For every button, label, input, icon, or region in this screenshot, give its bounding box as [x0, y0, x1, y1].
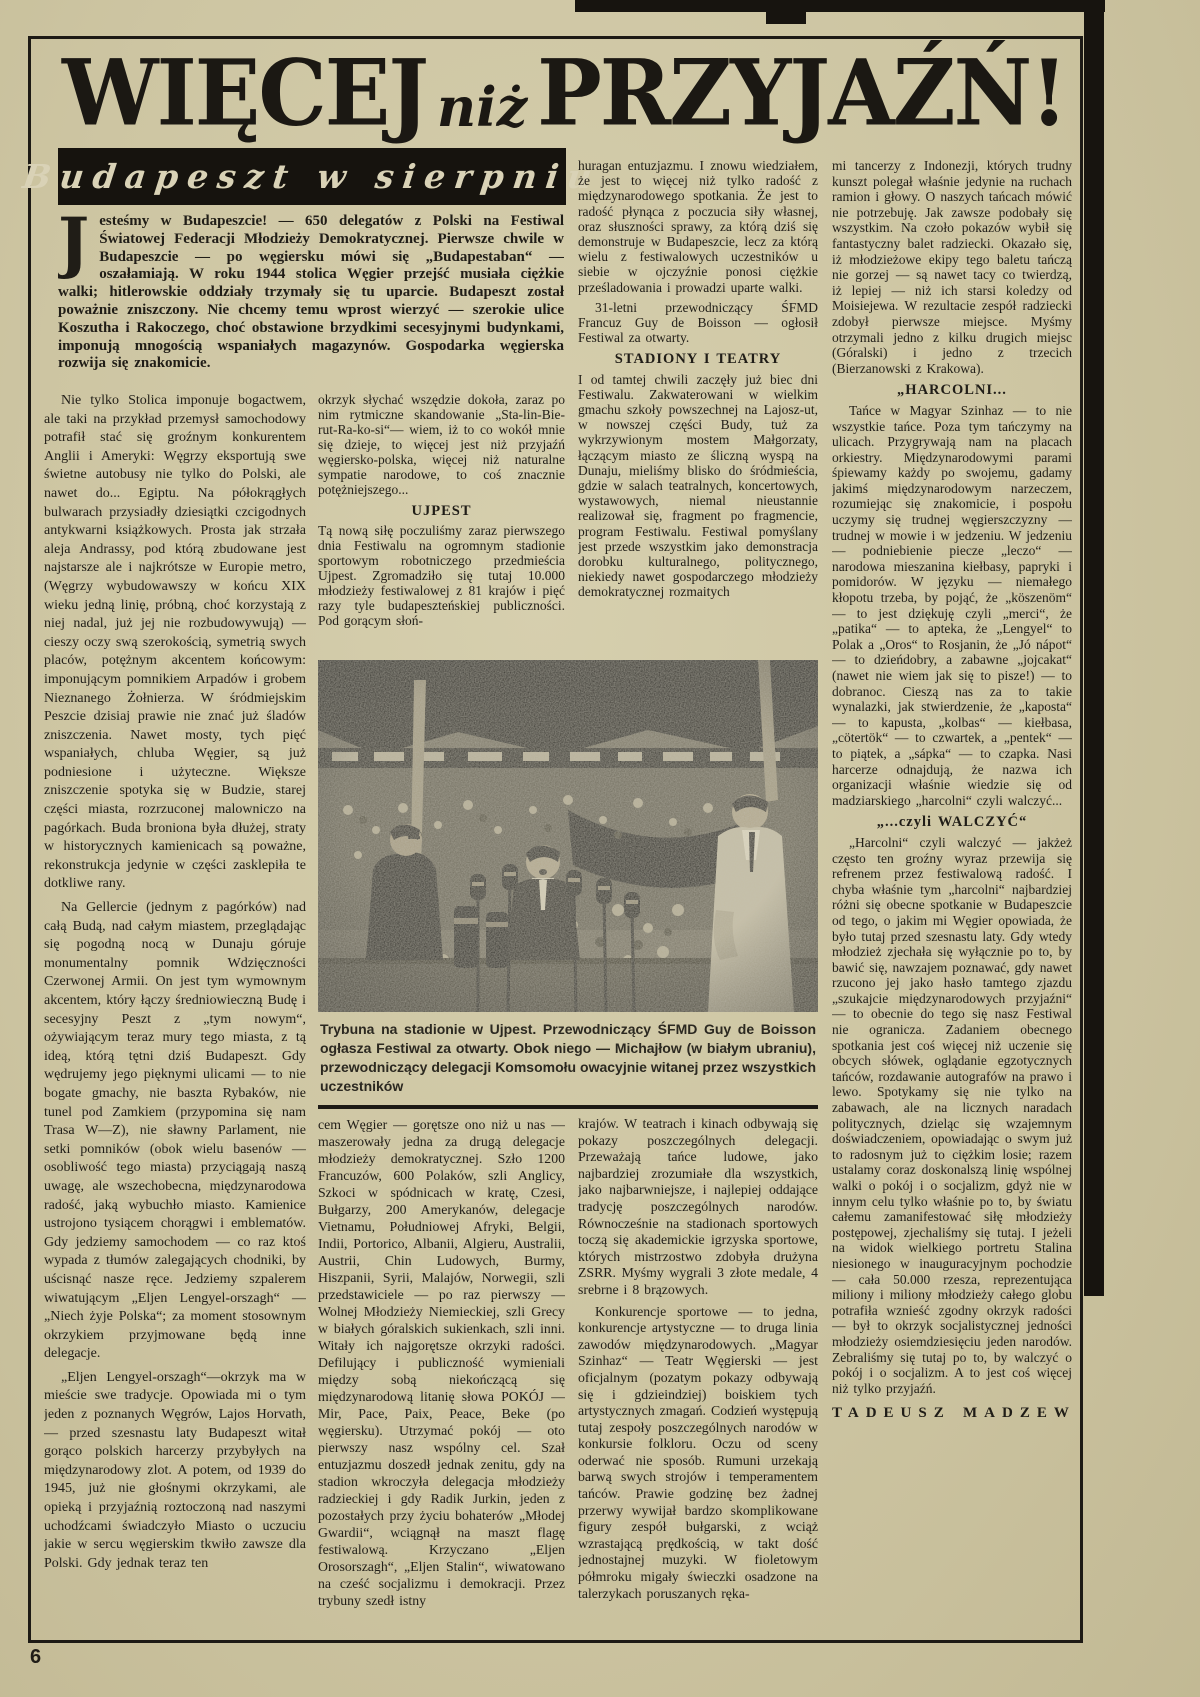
kicker-banner: Budapeszt w sierpniu: [58, 148, 566, 205]
column-2-upper: okrzyk słychać wszędzie dokoła, zaraz po…: [318, 392, 565, 655]
column-2-lower: cem Węgier — gorętsze ono niż u nas — ma…: [318, 1116, 565, 1632]
drop-cap: J: [58, 213, 99, 269]
col2-paragraph-2: Tą nową siłę poczuliśmy zaraz pierwszego…: [318, 523, 565, 628]
column-3-upper: huragan entuzjazmu. I znowu wiedziałem, …: [578, 158, 818, 655]
section-heading-czyli-walczyc: „...czyli WALCZYĆ“: [832, 815, 1072, 831]
kicker-label: Budapeszt w sierpniu: [21, 157, 603, 196]
section-heading-stadiony-i-teatry: STADIONY I TEATRY: [578, 352, 818, 367]
top-edge-ink-strip: [575, 0, 1105, 12]
right-edge-ink-bar: [1084, 8, 1104, 1296]
stadium-photo: [318, 660, 818, 1012]
title-word-niz: niż: [431, 75, 533, 139]
col2-paragraph-1: okrzyk słychać wszędzie dokoła, zaraz po…: [318, 392, 565, 497]
page-number: 6: [30, 1646, 41, 1669]
col3-paragraph-2: 31-letni przewodniczący ŚFMD Francuz Guy…: [578, 300, 818, 346]
author-signature: TADEUSZ MADZEWICZ: [832, 1406, 1072, 1422]
lead-paragraph: Jesteśmy w Budapeszcie! — 650 delegatów …: [58, 213, 564, 389]
column-1: Nie tylko Stolica imponuje bogactwem, al…: [44, 392, 306, 1632]
newspaper-page: { "colors": { "paper": "#cdc5a2", "ink":…: [0, 0, 1200, 1697]
col3-lower-paragraph-1: krajów. W teatrach i kinach odbywają się…: [578, 1116, 818, 1299]
lead-text: esteśmy w Budapeszcie! — 650 delegatów z…: [58, 213, 564, 371]
stadium-photo-block: Trybuna na stadionie w Ujpest. Przewodni…: [318, 660, 818, 1109]
col1-paragraph-3: „Eljen Lengyel-orszagh“—okrzyk ma w mieś…: [44, 1369, 306, 1574]
title-word-przyjazn: PRZYJAŹŃ!: [537, 40, 1066, 147]
col1-paragraph-1: Nie tylko Stolica imponuje bogactwem, al…: [44, 392, 306, 894]
title-word-wiecej: WIĘCEJ: [62, 40, 427, 147]
col3-paragraph-3: I od tamtej chwili zaczęły już biec dni …: [578, 372, 818, 600]
photo-caption: Trybuna na stadionie w Ujpest. Przewodni…: [318, 1012, 818, 1109]
col1-paragraph-2: Na Gellercie (jednym z pagórków) nad cał…: [44, 899, 306, 1364]
col4-paragraph-1: mi tancerzy z Indonezji, których trudny …: [832, 158, 1072, 376]
col2-lower-paragraph: cem Węgier — gorętsze ono niż u nas — ma…: [318, 1116, 565, 1609]
section-heading-ujpest: UJPEST: [318, 504, 565, 519]
col4-paragraph-3: „Harcolni“ czyli walczyć — jakżeż często…: [832, 835, 1072, 1396]
col3-lower-paragraph-2: Konkurencje sportowe — to jedna, konkure…: [578, 1304, 818, 1603]
column-3-lower: krajów. W teatrach i kinach odbywają się…: [578, 1116, 818, 1632]
section-heading-harcolni: „HARCOLNI...: [832, 383, 1072, 399]
col3-paragraph-1: huragan entuzjazmu. I znowu wiedziałem, …: [578, 158, 818, 295]
article-title: WIĘCEJ niż PRZYJAŹŃ!: [62, 46, 1066, 148]
top-edge-ink-tab: [766, 0, 806, 24]
col4-paragraph-2: Tańce w Magyar Szinhaz — to nie wszystki…: [832, 403, 1072, 808]
column-4: mi tancerzy z Indonezji, których trudny …: [832, 158, 1072, 1632]
